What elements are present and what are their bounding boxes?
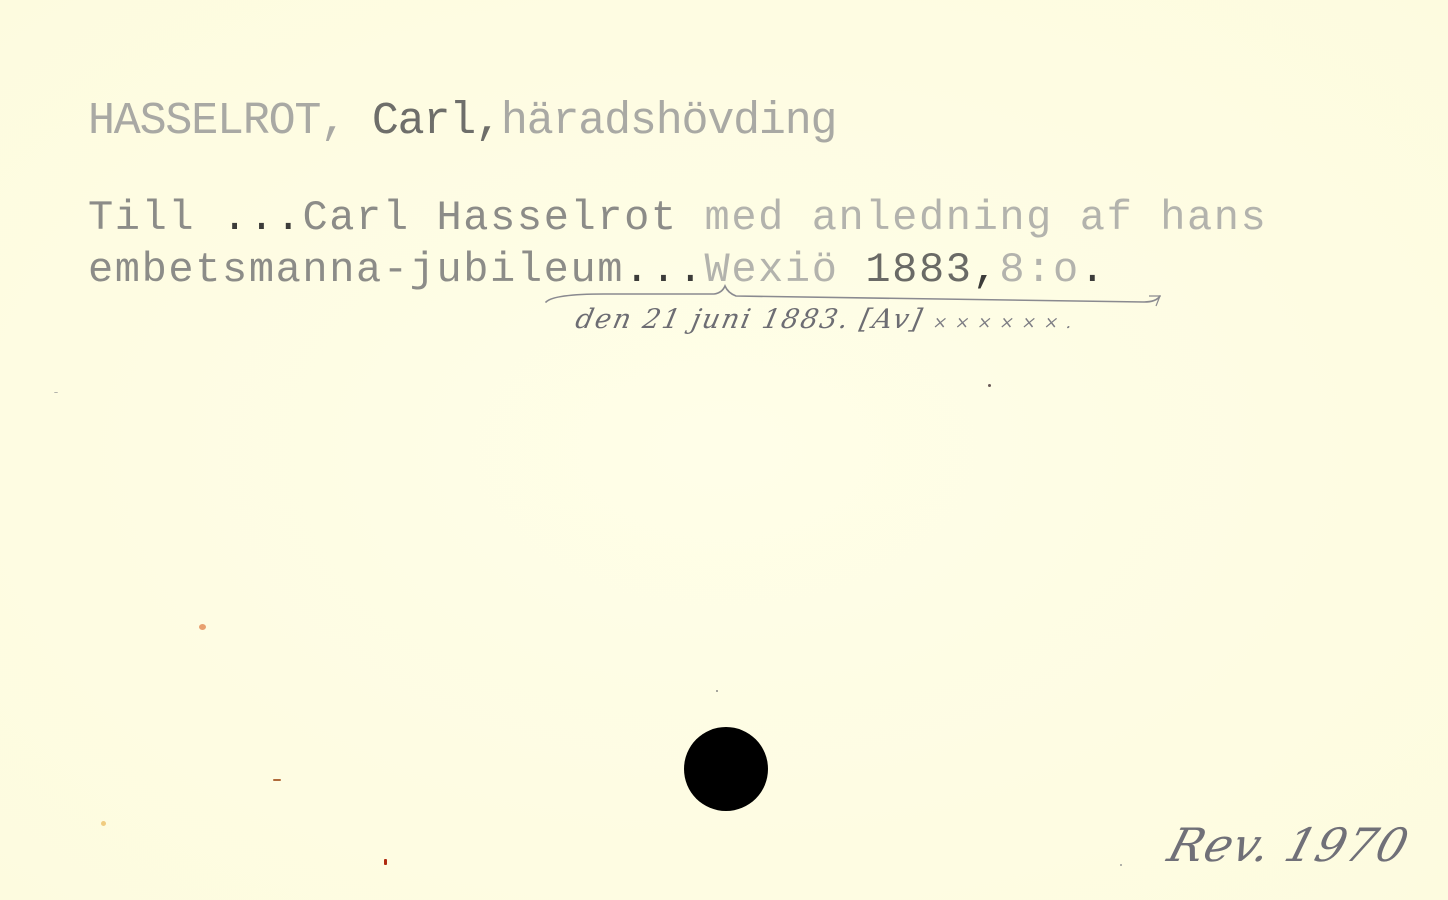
speck bbox=[988, 384, 991, 387]
card-heading: HASSELROT, Carl,häradshövding bbox=[88, 96, 836, 148]
line1-prefix: Till bbox=[88, 194, 222, 242]
heading-given-name: Carl, bbox=[372, 96, 501, 147]
punch-hole bbox=[684, 727, 768, 811]
revision-note: Rev. 1970 bbox=[1163, 818, 1416, 872]
annotation-bracket-note: [Av] bbox=[857, 304, 926, 335]
heading-title: häradshövding bbox=[501, 96, 836, 147]
speck bbox=[273, 779, 281, 781]
catalog-card: HASSELROT, Carl,häradshövding Till ...Ca… bbox=[0, 0, 1448, 900]
annotation-date: den 21 juni 1883. bbox=[573, 304, 853, 335]
speck bbox=[101, 821, 106, 826]
speck bbox=[54, 392, 58, 393]
line1-ellipsis: ... bbox=[222, 194, 302, 242]
speck bbox=[1120, 864, 1122, 866]
handwritten-annotation: den 21 juni 1883. [Av] ××××××. bbox=[573, 304, 1084, 335]
body-line-1: Till ...Carl Hasselrot med anledning af … bbox=[88, 194, 1267, 242]
speck bbox=[716, 690, 718, 692]
speck bbox=[199, 624, 206, 630]
line1-name: Carl Hasselrot bbox=[302, 194, 677, 242]
line1-rest: med anledning af hans bbox=[678, 194, 1268, 242]
annotation-marks: ××××××. bbox=[931, 313, 1082, 333]
heading-surname: HASSELROT, bbox=[88, 96, 346, 147]
speck bbox=[384, 859, 387, 865]
